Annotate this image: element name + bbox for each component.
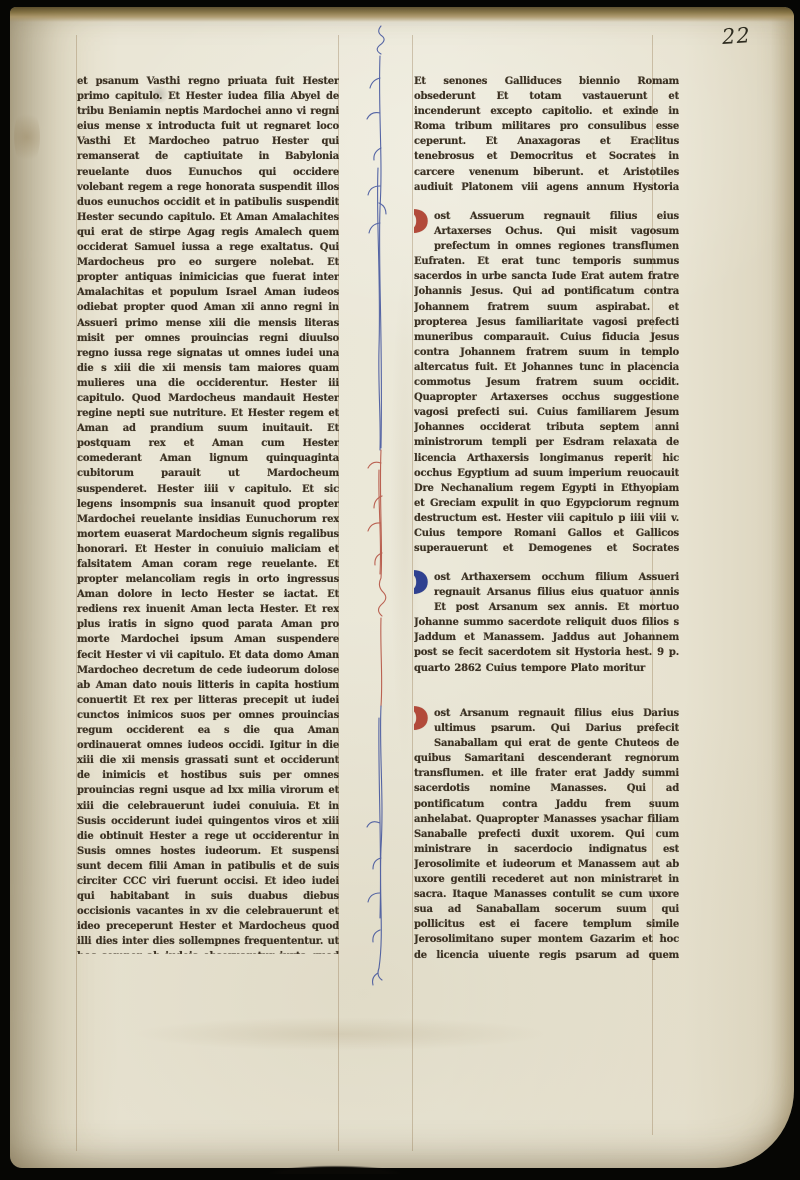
- paragraph-esther-chronicle: et psanum Vasthi regno priuata fuit Hest…: [77, 74, 339, 954]
- paragraph-post-arsanum: P ost Arsanum regnauit filius eius Dariu…: [414, 706, 679, 960]
- folio-number: 22: [721, 23, 751, 49]
- paragraph-post-assuerum: P ost Assuerum regnauit filius eius Arta…: [414, 209, 679, 556]
- penwork-flourish: [357, 18, 405, 993]
- paragraph-text: ost Arsanum regnauit filius eius Darius …: [414, 708, 679, 960]
- illuminated-initial-p: P: [414, 210, 431, 241]
- ruling-line: [412, 35, 413, 1151]
- wrinkle-shadow: [130, 1017, 550, 1051]
- paragraph-post-arthaxersem: P ost Arthaxersem occhum filium Assueri …: [414, 570, 679, 692]
- paragraph-text: et psanum Vasthi regno priuata fuit Hest…: [77, 76, 339, 954]
- illuminated-initial-p: P: [414, 571, 431, 602]
- paragraph-text: ost Arthaxersem occhum filium Assueri re…: [414, 572, 679, 674]
- paragraph-text: ost Assuerum regnauit filius eius Artaxe…: [414, 211, 679, 556]
- stain-spot: [14, 107, 40, 167]
- paragraph-senones-rome: Et senones Galliduces biennio Romam obse…: [414, 74, 679, 195]
- illuminated-initial-p: P: [414, 707, 431, 738]
- paragraph-text: Et senones Galliduces biennio Romam obse…: [414, 76, 679, 195]
- text-column-right: Et senones Galliduces biennio Romam obse…: [414, 74, 679, 960]
- text-column-left: et psanum Vasthi regno priuata fuit Hest…: [77, 74, 339, 954]
